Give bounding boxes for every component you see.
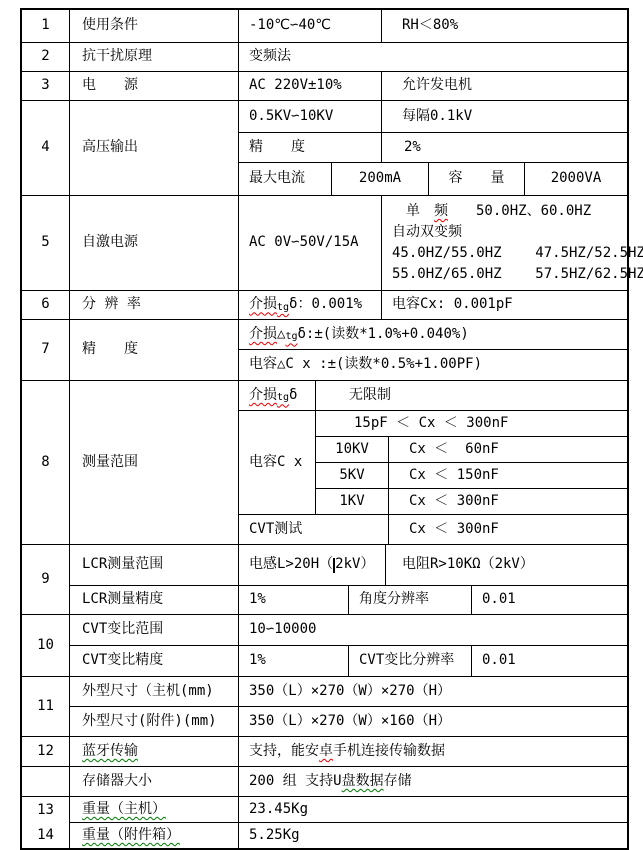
cell-voltage-range: 0.5KV∽10KV: [239, 101, 382, 132]
cell-weight-acc-value: 5.25Kg: [239, 823, 627, 848]
cell-weight-acc-label: 重量（附件箱）: [70, 823, 239, 848]
cell-cap-accuracy: 电容△C x :±(读数*0.5%+1.00PF): [239, 350, 627, 380]
row-anti-interference: 2 抗干扰原理 变频法: [22, 43, 627, 72]
cell-5kv-label: 5KV: [316, 463, 389, 488]
cell-max-current-label: 最大电流: [239, 163, 332, 195]
cell-precision-label: 精 度: [239, 133, 382, 162]
row-weight: 13 14 重量（主机） 23.45Kg 重量（附件箱） 5.25Kg: [22, 797, 627, 848]
freq-pairs-line-2: 55.0HZ/65.0HZ 57.5HZ/62.5HZ: [392, 264, 643, 285]
row-measurement-range: 8 测量范围 介损tgδ 无限制 电容C x 15pF ＜ Cx ＜ 300nF…: [22, 381, 627, 545]
freq-auto-line: 自动双变频: [392, 222, 462, 243]
cell-cap-range-all: 15pF ＜ Cx ＜ 300nF: [316, 411, 627, 436]
cell-10kv-label: 10KV: [316, 437, 389, 462]
row-label: 高压输出: [70, 101, 239, 195]
row-label: 存储器大小: [70, 767, 239, 796]
row-number: 6: [22, 291, 70, 319]
cell-cvt-resolution-value: 0.01: [472, 646, 627, 676]
row-number: 3: [22, 72, 70, 100]
cell-cvt-test-label: CVT测试: [239, 515, 389, 544]
cell-dim-main-label: 外型尺寸（主机(mm): [70, 677, 239, 706]
cell-lcr-accuracy-value: 1%: [239, 586, 349, 614]
row-cvt-ratio: 10 CVT变比范围 10∽10000 CVT变比精度 1% CVT变比分辨率 …: [22, 615, 627, 677]
row-number: 9: [22, 545, 70, 614]
row-label: 电 源: [70, 72, 239, 100]
row-number-text: 1: [41, 17, 49, 35]
cell-1kv-label: 1KV: [316, 489, 389, 514]
cell-cvt-accuracy-value: 1%: [239, 646, 349, 676]
row-number: 10: [22, 615, 70, 676]
row-number: 1: [22, 10, 70, 42]
row-power-supply: 3 电 源 AC 220V±10% 允许发电机: [22, 72, 627, 101]
cell-method: 变频法: [239, 43, 627, 71]
freq-pairs-line-1: 45.0HZ/55.0HZ 47.5HZ/52.5HZ: [392, 243, 643, 264]
row-number-13: 13: [37, 798, 54, 823]
row-number: 7: [22, 320, 70, 380]
freq-single-line: 单 频 50.0HZ、60.0HZ: [392, 201, 591, 222]
row-number: 4: [22, 101, 70, 195]
cell-frequency-modes: 单 频 50.0HZ、60.0HZ 自动双变频 45.0HZ/55.0HZ 47…: [382, 196, 627, 290]
cell-loss-resolution: 介损tgδ：0.001%: [239, 291, 382, 319]
row-resolution: 6 分 辨 率 介损tgδ：0.001% 电容Cx: 0.001pF: [22, 291, 627, 320]
cell-cap-range-label: 电容C x: [239, 411, 316, 514]
cell-10kv-range: Cx ＜ 60nF: [389, 437, 627, 462]
row-label: 蓝牙传输: [70, 737, 239, 766]
cell-cvt-range-value: 10∽10000: [239, 615, 627, 645]
cell-voltage-step: 每隔0.1kV: [382, 101, 627, 132]
cell-weight-main-value: 23.45Kg: [239, 797, 627, 822]
row-number-empty: [22, 767, 70, 796]
cell-dim-main-value: 350（L）×270（W）×270（H）: [239, 677, 627, 706]
row-dimensions: 11 外型尺寸（主机(mm) 350（L）×270（W）×270（H） 外型尺寸…: [22, 677, 627, 737]
cell-loss-accuracy: 介损△tgδ:±(读数*1.0%+0.040%): [239, 320, 627, 349]
cell-dim-acc-value: 350（L）×270（W）×160（H）: [239, 707, 627, 736]
row-label: 分 辨 率: [70, 291, 239, 319]
row-label: 抗干扰原理: [70, 43, 239, 71]
cell-max-current-value: 200mA: [332, 163, 429, 195]
row-number: 2: [22, 43, 70, 71]
cell-angle-label: 角度分辨率: [349, 586, 472, 614]
cell-bluetooth-value: 支持，能安卓手机连接传输数据: [239, 737, 627, 766]
row-storage: 存储器大小 200 组 支持U盘数据存储: [22, 767, 627, 797]
cell-cvt-range-label: CVT变比范围: [70, 615, 239, 645]
cell-capacity-value: 2000VA: [525, 163, 627, 195]
cell-loss-range-value: 无限制: [316, 381, 627, 410]
cell-lcr-accuracy-label: LCR测量精度: [70, 586, 239, 614]
row-number: 5: [22, 196, 70, 290]
row-number: 11: [22, 677, 70, 736]
row-bluetooth: 12 蓝牙传输 支持，能安卓手机连接传输数据: [22, 737, 627, 767]
cell-temperature-range: -10℃∽40℃: [239, 10, 382, 42]
cell-dim-acc-label: 外型尺寸(附件)(mm): [70, 707, 239, 736]
row-label: 使用条件: [70, 10, 239, 42]
cell-excitation-spec: AC 0V∽50V/15A: [239, 196, 382, 290]
cell-capacity-label: 容 量: [429, 163, 525, 195]
cell-storage-value: 200 组 支持U盘数据存储: [239, 767, 627, 796]
cell-humidity: RH＜80%: [382, 10, 627, 42]
cell-generator: 允许发电机: [382, 72, 627, 100]
row-operating-conditions: 1 使用条件 -10℃∽40℃ RH＜80%: [22, 10, 627, 43]
cell-lcr-range-label: LCR测量范围: [70, 545, 239, 585]
cell-cvt-accuracy-label: CVT变比精度: [70, 646, 239, 676]
spec-table: 1 使用条件 -10℃∽40℃ RH＜80% 2 抗干扰原理 变频法 3 电 源: [20, 8, 629, 850]
spec-sheet-page: 1 使用条件 -10℃∽40℃ RH＜80% 2 抗干扰原理 变频法 3 电 源: [0, 0, 643, 822]
cell-5kv-range: Cx ＜ 150nF: [389, 463, 627, 488]
row-number: 8: [22, 381, 70, 544]
row-excitation-power: 5 自激电源 AC 0V∽50V/15A 单 频 50.0HZ、60.0HZ 自…: [22, 196, 627, 291]
row-lcr: 9 LCR测量范围 电感L>20H（2kV） 电阻R>10KΩ（2kV） LCR…: [22, 545, 627, 615]
cell-precision-value: 2%: [382, 133, 627, 162]
row-number-merged: 13 14: [22, 797, 70, 848]
cell-resistance: 电阻R>10KΩ（2kV）: [386, 545, 627, 585]
row-hv-output: 4 高压输出 0.5KV∽10KV 每隔0.1kV 精 度 2% 最大电流 20…: [22, 101, 627, 196]
cell-angle-value: 0.01: [472, 586, 627, 614]
row-label: 精 度: [70, 320, 239, 380]
cell-cap-resolution: 电容Cx: 0.001pF: [382, 291, 627, 319]
row-number-14: 14: [37, 823, 54, 848]
cell-cvt-test-range: Cx ＜ 300nF: [389, 515, 627, 544]
cell-inductance: 电感L>20H（2kV）: [239, 545, 386, 585]
cell-cvt-resolution-label: CVT变比分辨率: [349, 646, 472, 676]
cell-power-spec: AC 220V±10%: [239, 72, 382, 100]
row-number: 12: [22, 737, 70, 766]
cell-loss-range-label: 介损tgδ: [239, 381, 316, 410]
cell-weight-main-label: 重量（主机）: [70, 797, 239, 822]
row-label: 测量范围: [70, 381, 239, 544]
row-label-text: 使用条件: [82, 17, 138, 35]
cell-1kv-range: Cx ＜ 300nF: [389, 489, 627, 514]
row-label: 自激电源: [70, 196, 239, 290]
row-accuracy: 7 精 度 介损△tgδ:±(读数*1.0%+0.040%) 电容△C x :±…: [22, 320, 627, 381]
